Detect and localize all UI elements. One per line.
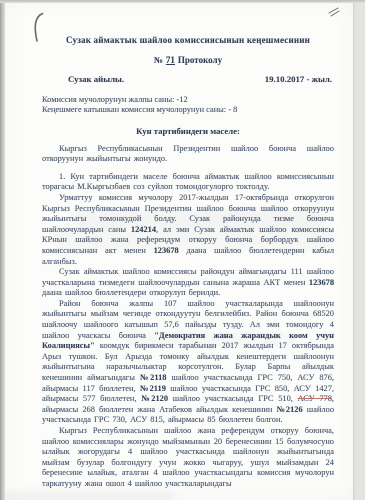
protocol-word: Протоколу (178, 55, 222, 65)
paper-sheet: Сузак аймактык шайлоо комиссиясынын кеңе… (5, 2, 353, 500)
paragraph: Сузак аймактык шайлоо комиссиясы районду… (42, 267, 334, 299)
bold-text-run: 124214 (131, 225, 156, 234)
paragraph: 1. Кун тартибиндеги маселе боюнча аймакт… (42, 172, 334, 193)
text-run: даана шайлоо бюллетендери откорулуп бери… (42, 288, 220, 297)
protocol-date: 19.10.2017 - жыл. (265, 74, 332, 85)
agenda-heading: Кун тартибиндеги маселе: (42, 126, 334, 137)
document-body: Сузак аймактык шайлоо комиссиясынын кеңе… (5, 2, 353, 500)
bold-text-run: №2118 (140, 373, 167, 382)
bold-text-run: 123678 (309, 278, 334, 287)
text-run: Сузак аймактык шайлоо комиссиясы районду… (42, 267, 334, 287)
commission-counts: Комиссия мучолорунун жалпы саны: -12 Кең… (42, 95, 334, 116)
place-name: Сузак айылы. (68, 74, 124, 85)
text-run: 1. Кун тартибиндеги маселе боюнча аймакт… (42, 172, 334, 192)
text-run: Кыргыз Республикасынын Президентин шайло… (42, 144, 334, 164)
protocol-number: 71 (166, 55, 175, 65)
bold-text-run: №2126 (276, 405, 302, 414)
bold-text-run: №2120 (141, 394, 168, 403)
paragraph: Кыргыз Республикасынын шайлоо жана рефер… (42, 426, 334, 490)
protocol-no-prefix: № (154, 55, 163, 65)
paragraph: Район боюнча жалпы 107 шайлоо участкалар… (42, 299, 334, 426)
commission-present: Кеңешмеге катышкан комиссия мучолорунун … (42, 105, 334, 116)
commission-total: Комиссия мучолорунун жалпы саны: -12 (42, 95, 334, 106)
place-date-row: Сузак айылы. 19.10.2017 - жыл. (42, 74, 334, 85)
document-title: Сузак аймактык шайлоо комиссиясынын кеңе… (42, 35, 334, 46)
paragraph: Кыргыз Республикасынын Президентин шайло… (42, 144, 334, 165)
text-run: шайлоо участкасында ГРС 510, (168, 394, 298, 403)
paragraph-list: Кыргыз Республикасынын Президентин шайло… (42, 144, 334, 490)
bold-text-run: 123678 (154, 246, 179, 255)
struck-text-run: АСУ 778 (298, 394, 332, 403)
paragraph: Урматтуу комиссия мучолору 2017-жылдын 1… (42, 193, 334, 267)
scan-top-edge (0, 0, 365, 3)
bold-text-run: №2119 (140, 384, 166, 393)
protocol-number-line: №71Протоколу (42, 55, 334, 66)
text-run: Кыргыз Республикасынын шайлоо жана рефер… (42, 426, 334, 488)
